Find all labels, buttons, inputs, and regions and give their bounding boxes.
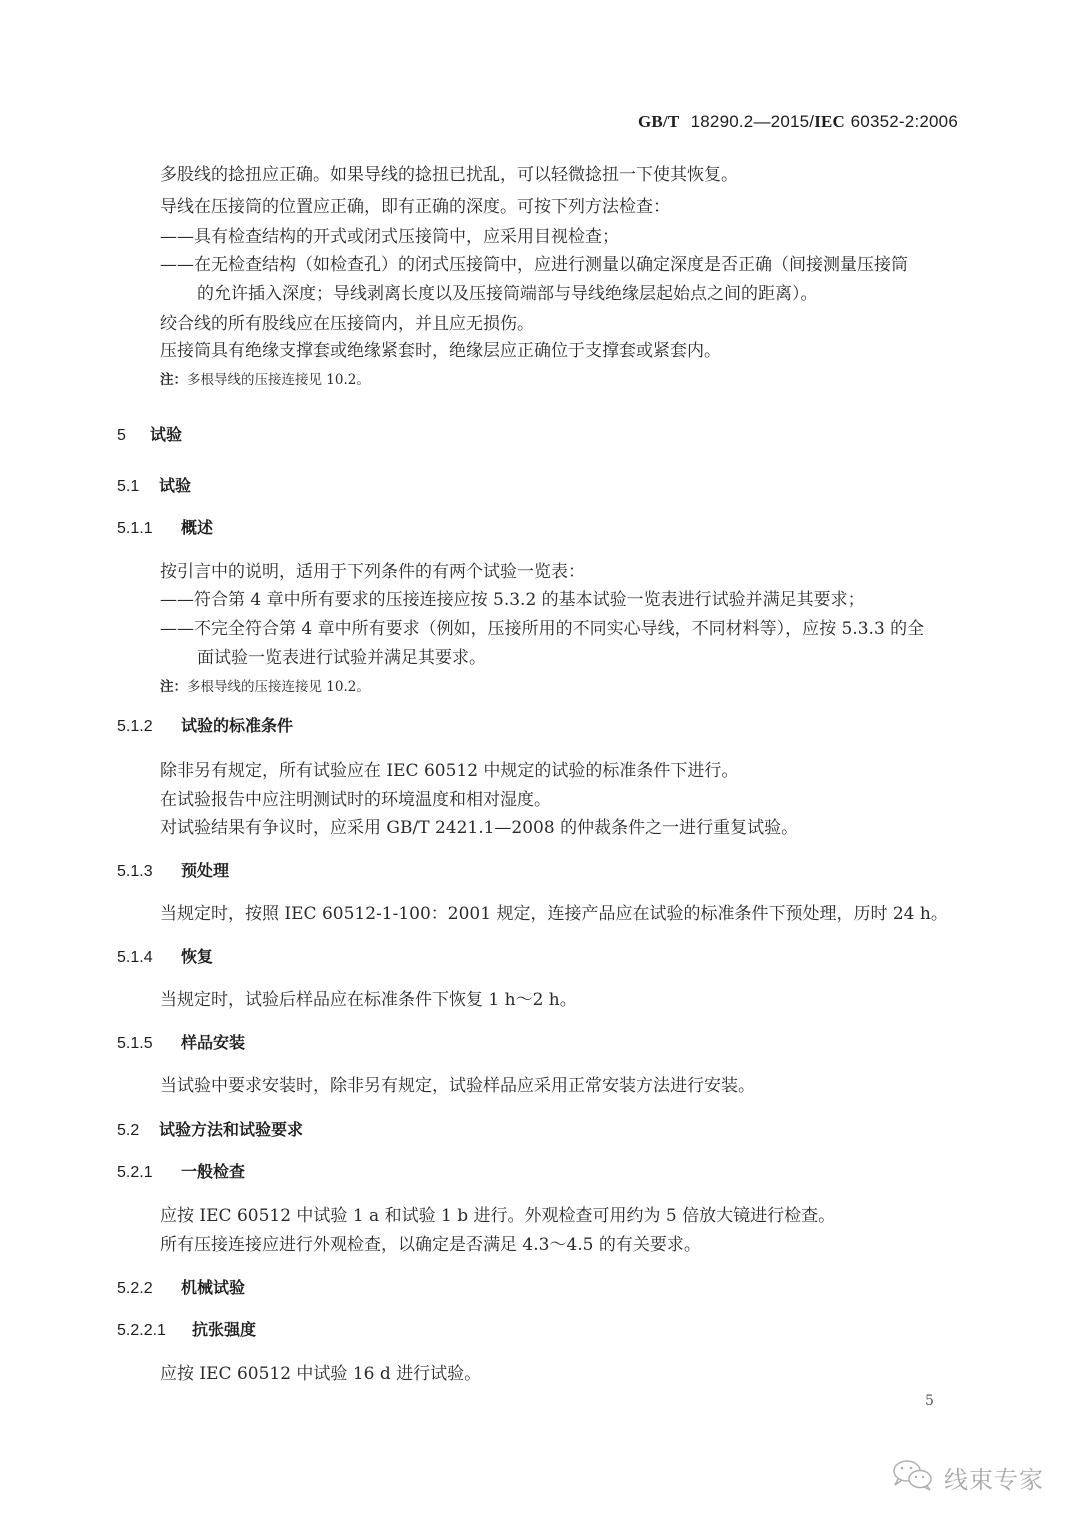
- list-item: ——具有检查结构的开式或闭式压接筒中，应采用目视检查；: [160, 227, 619, 247]
- section-number: 5.2.2: [117, 1279, 181, 1299]
- paragraph: 绞合线的所有股线应在压接筒内，并且应无损伤。: [160, 314, 534, 334]
- list-item-continuation: 面试验一览表进行试验并满足其要求。: [197, 648, 486, 668]
- section-title: 试验方法和试验要求: [159, 1120, 303, 1139]
- standard-code-prefix: GB/T: [638, 112, 679, 131]
- paragraph: 当试验中要求安装时，除非另有规定，试验样品应采用正常安装方法进行安装。: [160, 1076, 755, 1096]
- page-number: 5: [925, 1393, 934, 1409]
- paragraph: 对试验结果有争议时，应采用 GB/T 2421.1—2008 的仲裁条件之一进行…: [160, 818, 798, 838]
- watermark-text: 线束专家: [944, 1460, 1044, 1495]
- paragraph: 当规定时，按照 IEC 60512-1-100：2001 规定，连接产品应在试验…: [160, 904, 948, 924]
- section-heading-5-2-2-1: 5.2.2.1抗张强度: [117, 1320, 256, 1341]
- section-number: 5.2: [117, 1121, 159, 1141]
- note-label: 注：: [160, 679, 187, 695]
- section-title: 试验: [150, 425, 182, 444]
- section-heading-5-1-4: 5.1.4恢复: [117, 947, 213, 968]
- list-item: ——在无检查结构（如检查孔）的闭式压接筒中，应进行测量以确定深度是否正确（间接测…: [160, 255, 908, 275]
- iec-prefix: IEC: [814, 112, 845, 131]
- section-heading-5-2: 5.2试验方法和试验要求: [117, 1120, 303, 1141]
- paragraph: 当规定时，试验后样品应在标准条件下恢复 1 h～2 h。: [160, 990, 577, 1010]
- section-heading-5-1-3: 5.1.3预处理: [117, 861, 229, 882]
- section-number: 5.1.1: [117, 519, 181, 539]
- note: 注：多根导线的压接连接见 10.2。: [160, 370, 370, 390]
- paragraph: 应按 IEC 60512 中试验 1 a 和试验 1 b 进行。外观检查可用约为…: [160, 1206, 835, 1226]
- note: 注：多根导线的压接连接见 10.2。: [160, 677, 370, 697]
- note-text: 多根导线的压接连接见 10.2。: [187, 679, 370, 695]
- section-heading-5-2-1: 5.2.1一般检查: [117, 1162, 245, 1183]
- section-title: 恢复: [181, 947, 213, 966]
- section-number: 5: [117, 426, 150, 446]
- section-number: 5.1.5: [117, 1034, 181, 1054]
- section-heading-5-2-2: 5.2.2机械试验: [117, 1278, 245, 1299]
- section-number: 5.1.4: [117, 948, 181, 968]
- list-item-continuation: 的允许插入深度；导线剥离长度以及压接筒端部与导线绝缘层起始点之间的距离）。: [197, 284, 818, 304]
- section-heading-5: 5试验: [117, 425, 182, 446]
- paragraph: 除非另有规定，所有试验应在 IEC 60512 中规定的试验的标准条件下进行。: [160, 761, 738, 781]
- section-title: 试验: [159, 476, 191, 495]
- section-heading-5-1-2: 5.1.2试验的标准条件: [117, 716, 293, 737]
- paragraph: 多股线的捻扭应正确。如果导线的捻扭已扰乱，可以轻微捻扭一下使其恢复。: [160, 165, 738, 185]
- section-title: 概述: [181, 518, 213, 537]
- paragraph: 所有压接连接应进行外观检查，以确定是否满足 4.3～4.5 的有关要求。: [160, 1235, 701, 1255]
- iec-code: 60352-2:2006: [851, 112, 958, 131]
- section-heading-5-1: 5.1试验: [117, 476, 191, 497]
- note-text: 多根导线的压接连接见 10.2。: [187, 372, 370, 388]
- section-number: 5.1: [117, 477, 159, 497]
- paragraph: 导线在压接筒的位置应正确，即有正确的深度。可按下列方法检查：: [160, 197, 670, 217]
- section-number: 5.2.2.1: [117, 1321, 192, 1341]
- section-title: 一般检查: [181, 1162, 245, 1181]
- section-heading-5-1-1: 5.1.1概述: [117, 518, 213, 539]
- section-title: 样品安装: [181, 1033, 245, 1052]
- paragraph: 应按 IEC 60512 中试验 16 d 进行试验。: [160, 1364, 481, 1384]
- paragraph: 在试验报告中应注明测试时的环境温度和相对湿度。: [160, 790, 551, 810]
- paragraph: 压接筒具有绝缘支撑套或绝缘紧套时，绝缘层应正确位于支撑套或紧套内。: [160, 341, 721, 361]
- section-number: 5.1.3: [117, 862, 181, 882]
- section-heading-5-1-5: 5.1.5样品安装: [117, 1033, 245, 1054]
- note-label: 注：: [160, 372, 187, 388]
- section-number: 5.1.2: [117, 717, 181, 737]
- section-title: 抗张强度: [192, 1320, 256, 1339]
- section-title: 机械试验: [181, 1278, 245, 1297]
- section-number: 5.2.1: [117, 1163, 181, 1183]
- section-title: 预处理: [181, 861, 229, 880]
- watermark: 线束专家: [890, 1458, 1044, 1496]
- section-title: 试验的标准条件: [181, 716, 293, 735]
- paragraph: 按引言中的说明，适用于下列条件的有两个试验一览表：: [160, 562, 585, 582]
- page-header: GB/T 18290.2—2015/IEC 60352-2:2006: [638, 112, 958, 132]
- list-item: ——符合第 4 章中所有要求的压接连接应按 5.3.2 的基本试验一览表进行试验…: [160, 590, 865, 610]
- list-item: ——不完全符合第 4 章中所有要求（例如，压接所用的不同实心导线，不同材料等），…: [160, 619, 924, 639]
- standard-code: 18290.2—2015/: [691, 112, 815, 131]
- wechat-icon: [890, 1458, 936, 1496]
